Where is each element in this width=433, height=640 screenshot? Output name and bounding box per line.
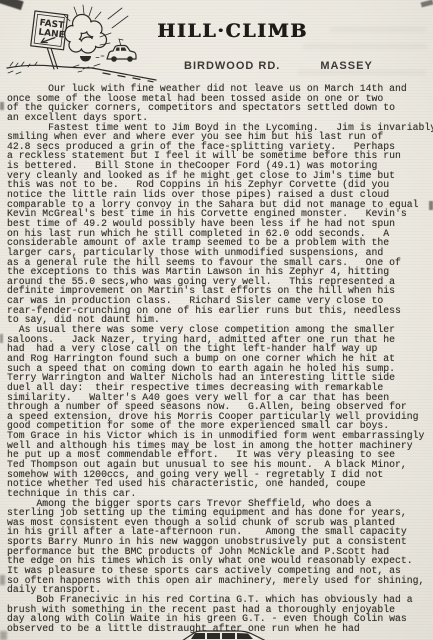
bleed-through	[303, 44, 427, 49]
fast-lane-cartoon: FAST LANE	[4, 3, 164, 87]
subtitle-location: MASSEY	[320, 60, 372, 72]
scan-artifact	[0, 102, 4, 110]
scan-artifact	[0, 575, 5, 585]
bleed-through	[330, 27, 426, 32]
sedan-sketch-icon	[180, 629, 270, 640]
article-body: Our luck with fine weather did not leave…	[7, 84, 431, 634]
paragraph: Fastest time went to Jim Boyd in the Lyc…	[7, 123, 431, 325]
subtitle-road: BIRDWOOD RD.	[184, 60, 280, 72]
paragraph: Our luck with fine weather did not leave…	[7, 84, 431, 123]
paragraph: Among the bigger sports cars Trevor Shef…	[7, 499, 431, 595]
page-title: HILL·CLIMB	[150, 22, 315, 41]
scanned-newsletter-page: FAST LANE	[0, 0, 433, 640]
paragraph: As usual there was some very close compe…	[7, 325, 431, 499]
page-subtitle: BIRDWOOD RD. MASSEY	[184, 60, 394, 72]
ground-line	[7, 62, 156, 82]
scan-artifact	[0, 631, 7, 640]
fast-lane-sign: FAST LANE	[31, 11, 68, 50]
dust-cloud-icon	[65, 15, 107, 73]
scan-artifact	[0, 334, 3, 343]
scan-artifact	[421, 0, 433, 7]
paragraph: Bob Franecivic in his red Cortina G.T. w…	[7, 595, 431, 634]
